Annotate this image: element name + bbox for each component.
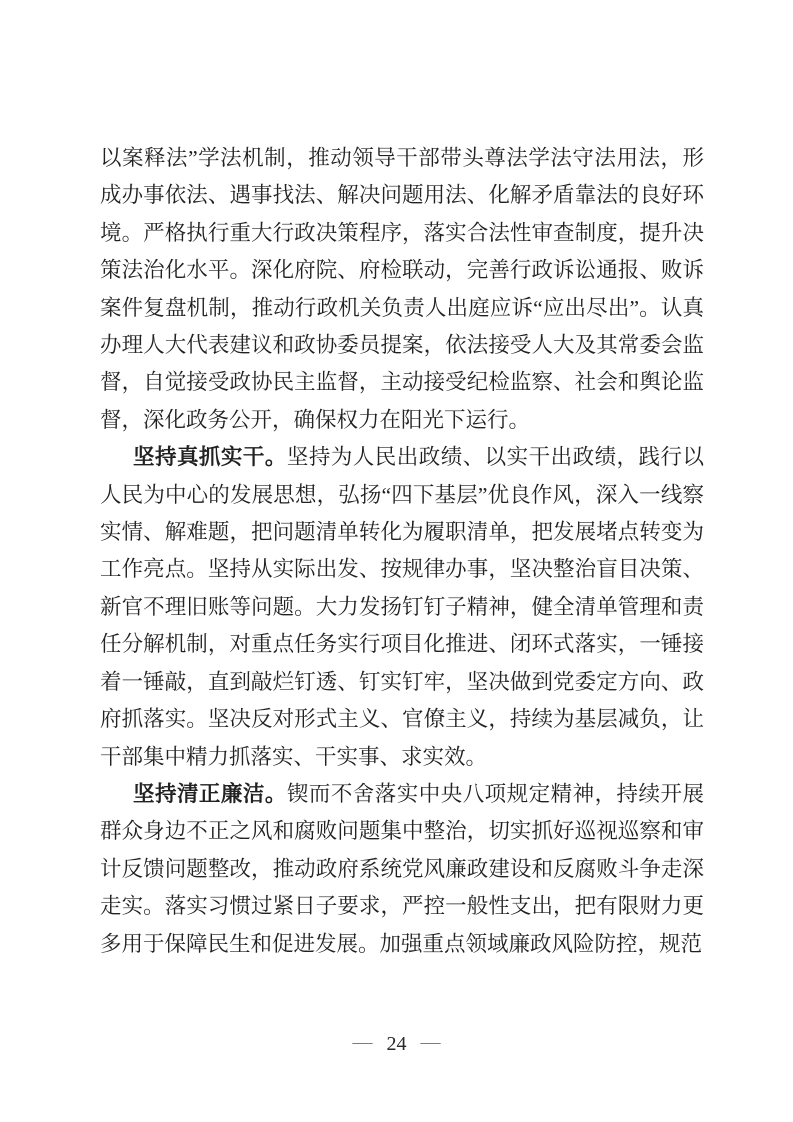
paragraph-text: 以案释法”学法机制，推动领导干部带头尊法学法守法用法，形成办事依法、遇事找法、解… [100, 146, 704, 432]
page-footer: —24— [0, 1031, 793, 1057]
document-page: 以案释法”学法机制，推动领导干部带头尊法学法守法用法，形成办事依法、遇事找法、解… [0, 0, 793, 1122]
text-block: 以案释法”学法机制，推动领导干部带头尊法学法守法用法，形成办事依法、遇事找法、解… [100, 140, 704, 963]
paragraph: 坚持真抓实干。坚持为人民出政绩、以实干出政绩，践行以人民为中心的发展思想，弘扬“… [100, 439, 704, 776]
paragraph-lead: 坚持真抓实干。 [133, 445, 287, 469]
footer-dash-left: — [353, 1031, 373, 1053]
footer-dash-right: — [421, 1031, 441, 1053]
paragraph-text: 坚持为人民出政绩、以实干出政绩，践行以人民为中心的发展思想，弘扬“四下基层”优良… [100, 445, 704, 768]
paragraph: 坚持清正廉洁。锲而不舍落实中央八项规定精神，持续开展群众身边不正之风和腐败问题集… [100, 776, 704, 963]
page-number: 24 [387, 1031, 407, 1057]
paragraph-text: 锲而不舍落实中央八项规定精神，持续开展群众身边不正之风和腐败问题集中整治，切实抓… [100, 782, 704, 956]
paragraph-lead: 坚持清正廉洁。 [133, 782, 287, 806]
paragraph: 以案释法”学法机制，推动领导干部带头尊法学法守法用法，形成办事依法、遇事找法、解… [100, 140, 704, 439]
